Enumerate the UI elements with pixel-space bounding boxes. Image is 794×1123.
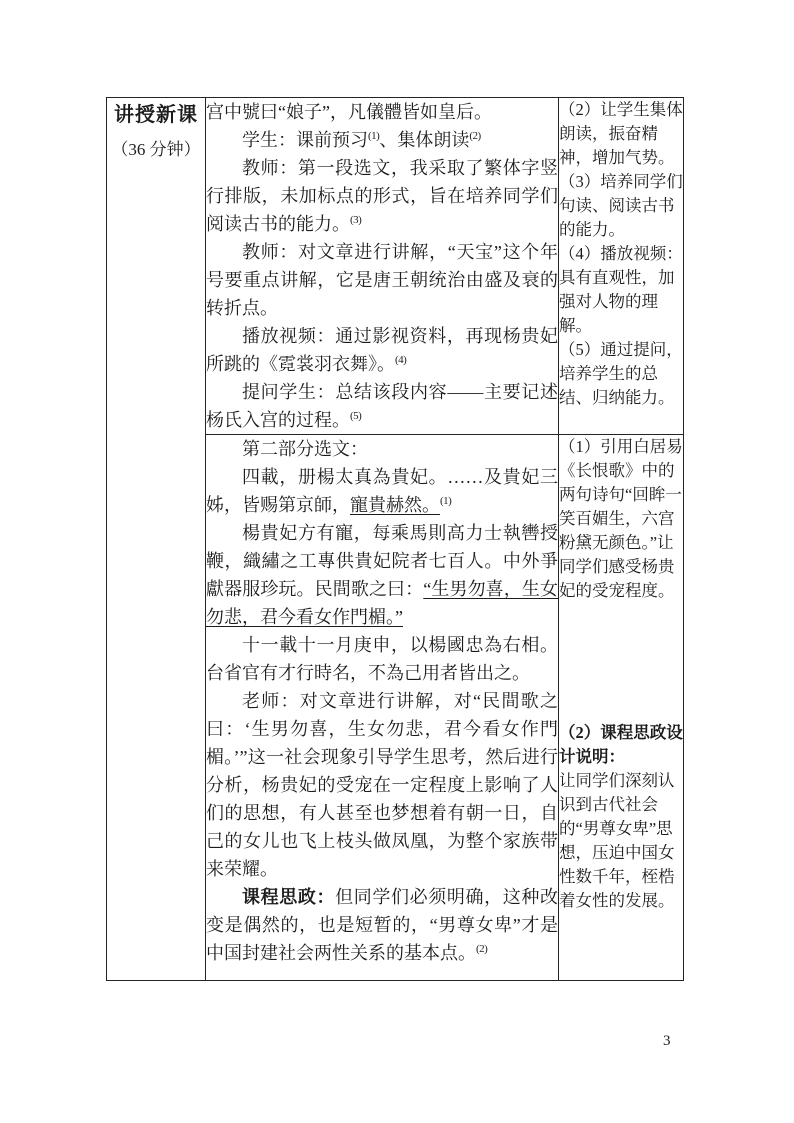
text-segment: (2) [476, 943, 487, 955]
page-number: 3 [663, 1033, 671, 1050]
paragraph: （2）课程思政设计说明： [559, 721, 683, 769]
paragraph: 播放视频：通过影视资料，再现杨贵妃所跳的《霓裳羽衣舞》。(4) [206, 322, 558, 378]
text-segment: (1) [368, 130, 379, 142]
text-segment: 提问学生：总结该段内容——主要记述杨氏入宫的过程。 [206, 382, 558, 430]
paragraph: 提问学生：总结该段内容——主要记述杨氏入宫的过程。(5) [206, 378, 558, 434]
paragraph: 十一載十一月庚申，以楊國忠為右相。台省官有才行時名，不為己用者皆出之。 [206, 631, 558, 687]
text-segment: 第二部分选文： [242, 439, 368, 459]
text-segment: (3) [350, 214, 361, 226]
paragraph: （2）让学生集体朗读，振奋精神，增加气势。 [559, 98, 683, 170]
paragraph: 让同学们深刻认识到古代社会的“男尊女卑”思想，压迫中国女性数千年，桎梏着女性的发… [559, 769, 683, 913]
content-cell-row1: 宫中號曰“娘子”，凡儀體皆如皇后。学生：课前预习(1)、集体朗读(2)教师：第一… [206, 98, 559, 435]
text-segment: (1) [440, 495, 451, 507]
text-segment: （3）培养同学们句读、阅读古书的能力。 [559, 172, 683, 239]
stage-duration: （36 分钟） [107, 135, 205, 160]
paragraph: 教师：对文章进行讲解，“天宝”这个年号要重点讲解，它是唐王朝统治由盛及衰的转折点… [206, 238, 558, 322]
text-segment: 教师：对文章进行讲解，“天宝”这个年号要重点讲解，它是唐王朝统治由盛及衰的转折点… [206, 242, 558, 318]
content-cell-row2: 第二部分选文：四載，册楊太真為貴妃。……及貴妃三姊，皆赐第京師，寵貴赫然。(1)… [206, 435, 559, 981]
stage-title: 讲授新课 [107, 98, 205, 127]
text-segment: 老师：对文章进行讲解，对“民間歌之曰：‘生男勿喜，生女勿悲，君今看女作門楣。’”… [206, 691, 558, 879]
text-segment: 宫中號曰“娘子”，凡儀體皆如皇后。 [206, 102, 492, 122]
text-segment: （2）让学生集体朗读，振奋精神，增加气势。 [559, 100, 683, 167]
text-segment: 寵貴赫然。 [350, 495, 440, 515]
stage-cell: 讲授新课 （36 分钟） [107, 98, 206, 981]
paragraph: 学生：课前预习(1)、集体朗读(2) [206, 126, 558, 154]
text-segment: (5) [350, 410, 361, 422]
text-segment: （1）引用白居易《长恨歌》中的两句诗句“回眸一笑百媚生，六宫粉黛无颜色。”让同学… [559, 437, 683, 600]
paragraph: 宫中號曰“娘子”，凡儀體皆如皇后。 [206, 98, 558, 126]
paragraph: 楊貴妃方有寵，每乘馬則高力士執轡授鞭，織繡之工專供貴妃院者七百人。中外爭獻器服珍… [206, 519, 558, 631]
text-segment: (2) [469, 130, 480, 142]
paragraph: 第二部分选文： [206, 435, 558, 463]
paragraph: （1）引用白居易《长恨歌》中的两句诗句“回眸一笑百媚生，六宫粉黛无颜色。”让同学… [559, 435, 683, 603]
text-segment: 、集体朗读 [379, 130, 469, 150]
text-segment: （2）课程思政设计说明： [559, 723, 683, 766]
paragraph: 教师：第一段选文，我采取了繁体字竖行排版，未加标点的形式，旨在培养同学们阅读古书… [206, 154, 558, 238]
text-segment: （5）通过提问，培养学生的总结、归纳能力。 [559, 340, 683, 407]
paragraph: 四載，册楊太真為貴妃。……及貴妃三姊，皆赐第京師，寵貴赫然。(1) [206, 463, 558, 519]
paragraph: 课程思政：但同学们必须明确，这种改变是偶然的，也是短暂的，“男尊女卑”才是中国封… [206, 883, 558, 967]
lesson-plan-table-wrap: 讲授新课 （36 分钟） 宫中號曰“娘子”，凡儀體皆如皇后。学生：课前预习(1)… [106, 97, 684, 981]
paragraph: 老师：对文章进行讲解，对“民間歌之曰：‘生男勿喜，生女勿悲，君今看女作門楣。’”… [206, 687, 558, 883]
paragraph: （3）培养同学们句读、阅读古书的能力。 [559, 170, 683, 242]
text-segment: 播放视频：通过影视资料，再现杨贵妃所跳的《霓裳羽衣舞》。 [206, 326, 558, 374]
notes-cell-row2: （1）引用白居易《长恨歌》中的两句诗句“回眸一笑百媚生，六宫粉黛无颜色。”让同学… [559, 435, 684, 981]
text-segment: (4) [395, 354, 406, 366]
text-segment: 十一載十一月庚申，以楊國忠為右相。台省官有才行時名，不為己用者皆出之。 [206, 635, 558, 683]
paragraph: （5）通过提问，培养学生的总结、归纳能力。 [559, 338, 683, 410]
lesson-plan-table: 讲授新课 （36 分钟） 宫中號曰“娘子”，凡儀體皆如皇后。学生：课前预习(1)… [106, 97, 684, 981]
text-segment: 让同学们深刻认识到古代社会的“男尊女卑”思想，压迫中国女性数千年，桎梏着女性的发… [559, 771, 675, 910]
notes-cell-row1: （2）让学生集体朗读，振奋精神，增加气势。（3）培养同学们句读、阅读古书的能力。… [559, 98, 684, 435]
paragraph: （4）播放视频：具有直观性，加强对人物的理解。 [559, 242, 683, 338]
text-segment: 学生：课前预习 [242, 130, 368, 150]
text-segment: 课程思政： [242, 887, 335, 907]
text-segment: （4）播放视频：具有直观性，加强对人物的理解。 [559, 244, 683, 335]
text-segment: 教师：第一段选文，我采取了繁体字竖行排版，未加标点的形式，旨在培养同学们阅读古书… [206, 158, 558, 234]
